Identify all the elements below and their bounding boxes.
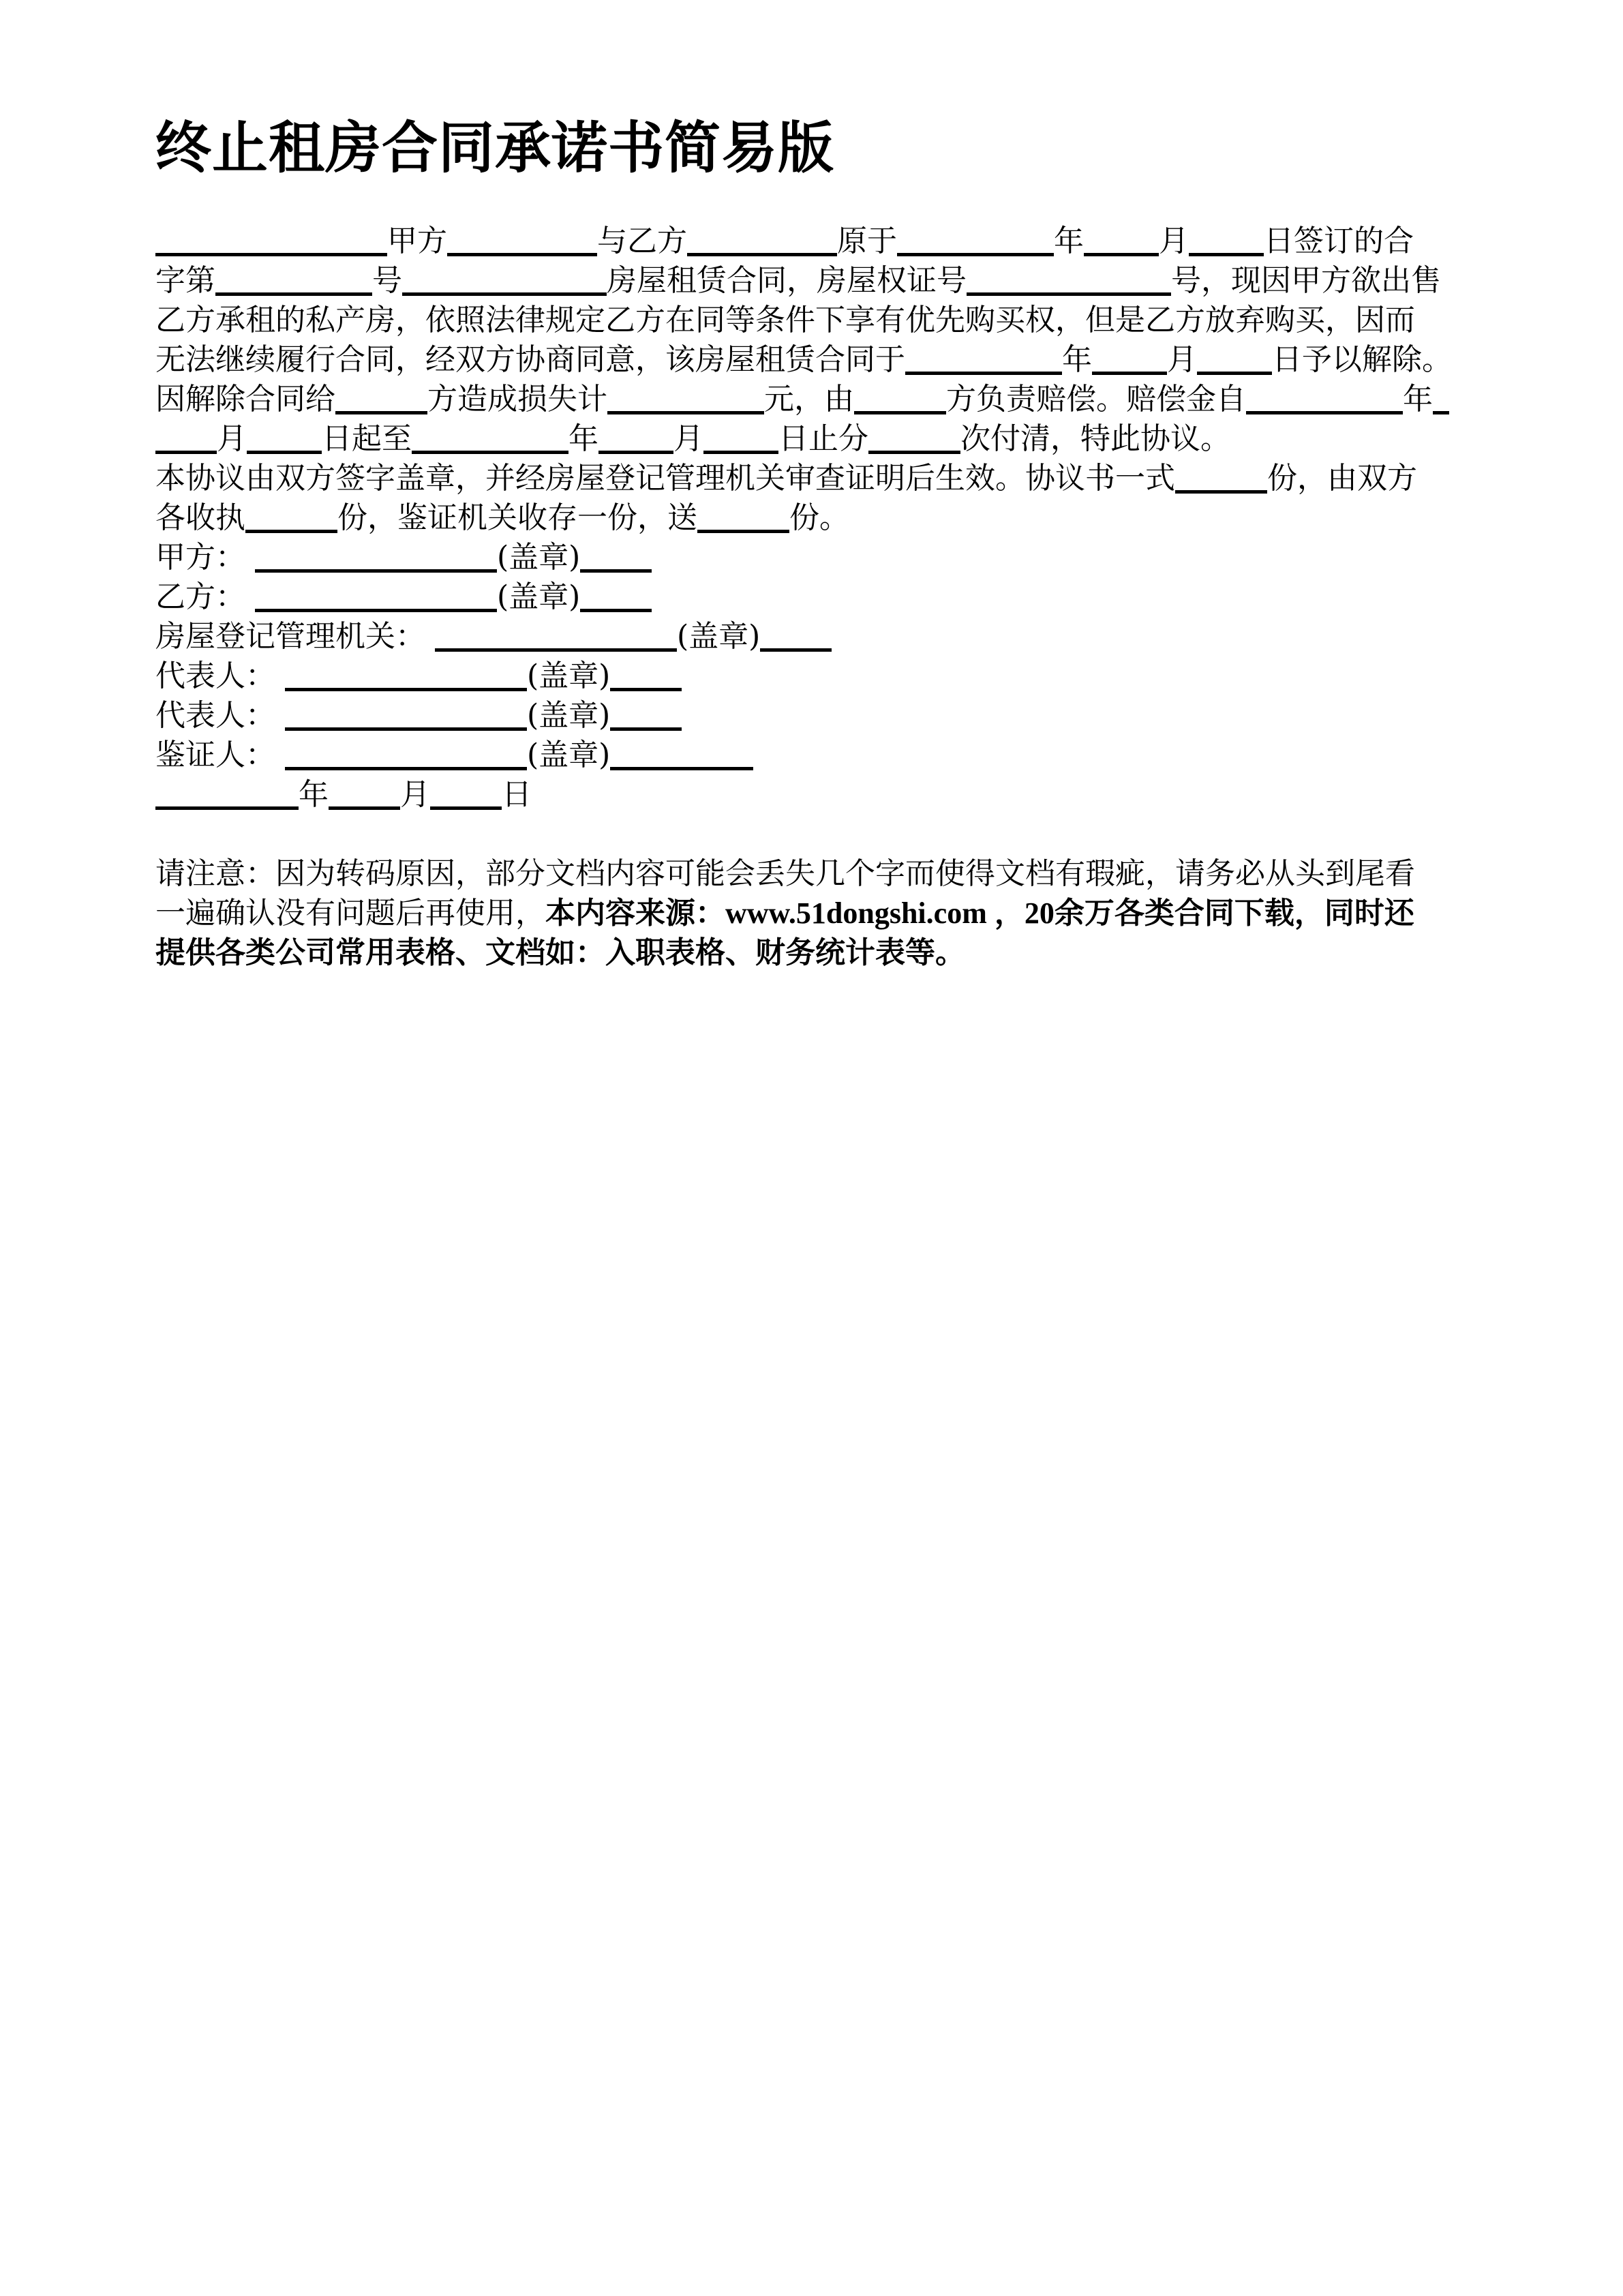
text-segment: 乙方承租的私产房，依照法律规定乙方在同等条件下享有优先购买权，但是乙方放弃购买，… xyxy=(155,303,1415,338)
text-segment: 甲方 xyxy=(387,224,447,259)
text-segment: (盖章) xyxy=(527,659,610,694)
text-segment: 请注意：因为转码原因，部分文档内容可能会丢失几个字而使得文档有瑕疵，请务必从头到… xyxy=(155,856,1415,892)
text-segment: 元，由 xyxy=(764,382,854,417)
fill-in-blank[interactable] xyxy=(687,222,837,256)
text-segment: 月 xyxy=(1159,224,1189,259)
fill-in-blank[interactable] xyxy=(247,419,322,454)
text-segment: (盖章) xyxy=(497,579,580,615)
text-segment: 月 xyxy=(217,421,247,457)
text-segment: 房屋租赁合同，房屋权证号 xyxy=(607,263,967,299)
fill-in-blank[interactable] xyxy=(1092,340,1167,375)
fill-in-blank[interactable] xyxy=(610,656,682,691)
fill-in-blank[interactable] xyxy=(1175,459,1267,494)
fill-in-blank[interactable] xyxy=(155,419,217,454)
text-segment: 一遍确认没有问题后再使用， xyxy=(155,896,545,931)
text-segment: 原于 xyxy=(837,224,897,259)
signature-line: 代表人：(盖章) xyxy=(155,654,682,694)
signature-line: 鉴证人：(盖章) xyxy=(155,734,753,773)
fill-in-blank[interactable] xyxy=(854,380,946,414)
fill-in-blank[interactable] xyxy=(255,577,497,612)
text-segment: 日止分 xyxy=(778,421,868,457)
text-segment: 日起至 xyxy=(322,421,412,457)
fill-in-blank[interactable] xyxy=(215,261,372,296)
text-segment: 方负责赔偿。赔偿金自 xyxy=(946,382,1246,417)
fill-in-blank[interactable] xyxy=(1246,380,1403,414)
text-segment: 年 xyxy=(1403,382,1433,417)
fill-in-blank[interactable] xyxy=(905,340,1062,375)
body-line: 甲方与乙方原于年月日签订的合 xyxy=(155,220,1414,259)
body-line: 因解除合同给方造成损失计元，由方负责赔偿。赔偿金自年 xyxy=(155,378,1449,417)
fill-in-blank[interactable] xyxy=(610,696,682,731)
fill-in-blank[interactable] xyxy=(1189,222,1264,256)
text-segment: 年 xyxy=(299,777,329,813)
notice-line: 提供各类公司常用表格、文档如：入职表格、财务统计表等。 xyxy=(155,931,965,971)
text-segment: 与乙方 xyxy=(597,224,687,259)
fill-in-blank[interactable] xyxy=(447,222,597,256)
text-segment: 甲方： xyxy=(155,540,245,575)
text-segment: 代表人： xyxy=(155,698,275,734)
notice-line: 一遍确认没有问题后再使用，本内容来源：www.51dongshi.com ，20… xyxy=(155,892,1414,931)
fill-in-blank[interactable] xyxy=(868,419,960,454)
text-segment: (盖章) xyxy=(497,540,580,575)
signature-line: 乙方：(盖章) xyxy=(155,575,652,615)
document-title: 终止租房合同承诺书简易版 xyxy=(155,115,834,183)
text-segment: 乙方： xyxy=(155,579,245,615)
fill-in-blank[interactable] xyxy=(1084,222,1159,256)
fill-in-blank[interactable] xyxy=(335,380,427,414)
text-segment: 鉴证人： xyxy=(155,738,275,773)
fill-in-blank[interactable] xyxy=(402,261,607,296)
signature-line: 年月日 xyxy=(155,773,532,813)
text-segment: 本协议由双方签字盖章，并经房屋登记管理机关审查证明后生效。协议书一式 xyxy=(155,461,1175,496)
fill-in-blank[interactable] xyxy=(155,222,387,256)
fill-in-blank[interactable] xyxy=(329,775,400,810)
text-segment: 日 xyxy=(502,777,532,813)
fill-in-blank[interactable] xyxy=(607,380,764,414)
text-segment: www.51dongshi.com ，20 xyxy=(725,896,1055,931)
text-segment: (盖章) xyxy=(527,738,610,773)
fill-in-blank[interactable] xyxy=(580,577,652,612)
text-segment: 年 xyxy=(1062,342,1092,378)
text-segment: 日予以解除。 xyxy=(1272,342,1452,378)
text-segment: (盖章) xyxy=(677,619,760,654)
text-segment: 字第 xyxy=(155,263,215,299)
text-segment: 无法继续履行合同，经双方协商同意，该房屋租赁合同于 xyxy=(155,342,905,378)
fill-in-blank[interactable] xyxy=(697,498,789,533)
fill-in-blank[interactable] xyxy=(412,419,568,454)
text-segment: 月 xyxy=(400,777,430,813)
text-segment: 本内容来源： xyxy=(545,896,725,931)
signature-line: 甲方：(盖章) xyxy=(155,536,652,575)
text-segment: 因解除合同给 xyxy=(155,382,335,417)
fill-in-blank[interactable] xyxy=(255,538,497,573)
fill-in-blank[interactable] xyxy=(1197,340,1272,375)
text-segment: 月 xyxy=(1167,342,1197,378)
text-segment: 年 xyxy=(1054,224,1084,259)
fill-in-blank[interactable] xyxy=(760,617,832,652)
signature-line: 代表人：(盖章) xyxy=(155,694,682,734)
text-segment: 房屋登记管理机关： xyxy=(155,619,425,654)
body-line: 月日起至年月日止分次付清，特此协议。 xyxy=(155,417,1230,457)
text-segment: 次付清，特此协议。 xyxy=(960,421,1230,457)
text-segment: 代表人： xyxy=(155,659,275,694)
text-segment: 号 xyxy=(372,263,402,299)
text-segment: 各收执 xyxy=(155,500,245,536)
fill-in-blank[interactable] xyxy=(430,775,502,810)
fill-in-blank[interactable] xyxy=(435,617,677,652)
text-segment: 月 xyxy=(673,421,703,457)
text-segment: 份，由双方 xyxy=(1267,461,1417,496)
fill-in-blank[interactable] xyxy=(245,498,337,533)
body-line: 字第号房屋租赁合同，房屋权证号号，现因甲方欲出售 xyxy=(155,259,1441,299)
body-line: 本协议由双方签字盖章，并经房屋登记管理机关审查证明后生效。协议书一式份，由双方 xyxy=(155,457,1417,496)
fill-in-blank[interactable] xyxy=(967,261,1171,296)
fill-in-blank[interactable] xyxy=(285,696,527,731)
text-segment: 份，鉴证机关收存一份，送 xyxy=(337,500,697,536)
fill-in-blank[interactable] xyxy=(598,419,673,454)
fill-in-blank[interactable] xyxy=(610,736,753,770)
text-segment: 提供各类公司常用表格、文档如：入职表格、财务统计表等。 xyxy=(155,935,965,971)
body-line: 无法继续履行合同，经双方协商同意，该房屋租赁合同于年月日予以解除。 xyxy=(155,338,1452,378)
body-line: 乙方承租的私产房，依照法律规定乙方在同等条件下享有优先购买权，但是乙方放弃购买，… xyxy=(155,299,1415,338)
notice-line: 请注意：因为转码原因，部分文档内容可能会丢失几个字而使得文档有瑕疵，请务必从头到… xyxy=(155,852,1415,892)
text-segment: 方造成损失计 xyxy=(427,382,607,417)
document-page: 终止租房合同承诺书简易版 甲方与乙方原于年月日签订的合字第号房屋租赁合同，房屋权… xyxy=(0,0,1623,2296)
text-segment: 份。 xyxy=(789,500,849,536)
fill-in-blank[interactable] xyxy=(703,419,778,454)
text-segment: 余万各类合同下载，同时还 xyxy=(1055,896,1414,931)
text-segment: 日签订的合 xyxy=(1264,224,1414,259)
text-segment: 年 xyxy=(568,421,598,457)
text-segment: 号，现因甲方欲出售 xyxy=(1171,263,1441,299)
fill-in-blank[interactable] xyxy=(155,775,299,810)
fill-in-blank[interactable] xyxy=(1433,380,1449,414)
text-segment: (盖章) xyxy=(527,698,610,734)
signature-line: 房屋登记管理机关：(盖章) xyxy=(155,615,832,654)
fill-in-blank[interactable] xyxy=(285,736,527,770)
fill-in-blank[interactable] xyxy=(897,222,1054,256)
body-line: 各收执份，鉴证机关收存一份，送份。 xyxy=(155,496,849,536)
fill-in-blank[interactable] xyxy=(285,656,527,691)
fill-in-blank[interactable] xyxy=(580,538,652,573)
